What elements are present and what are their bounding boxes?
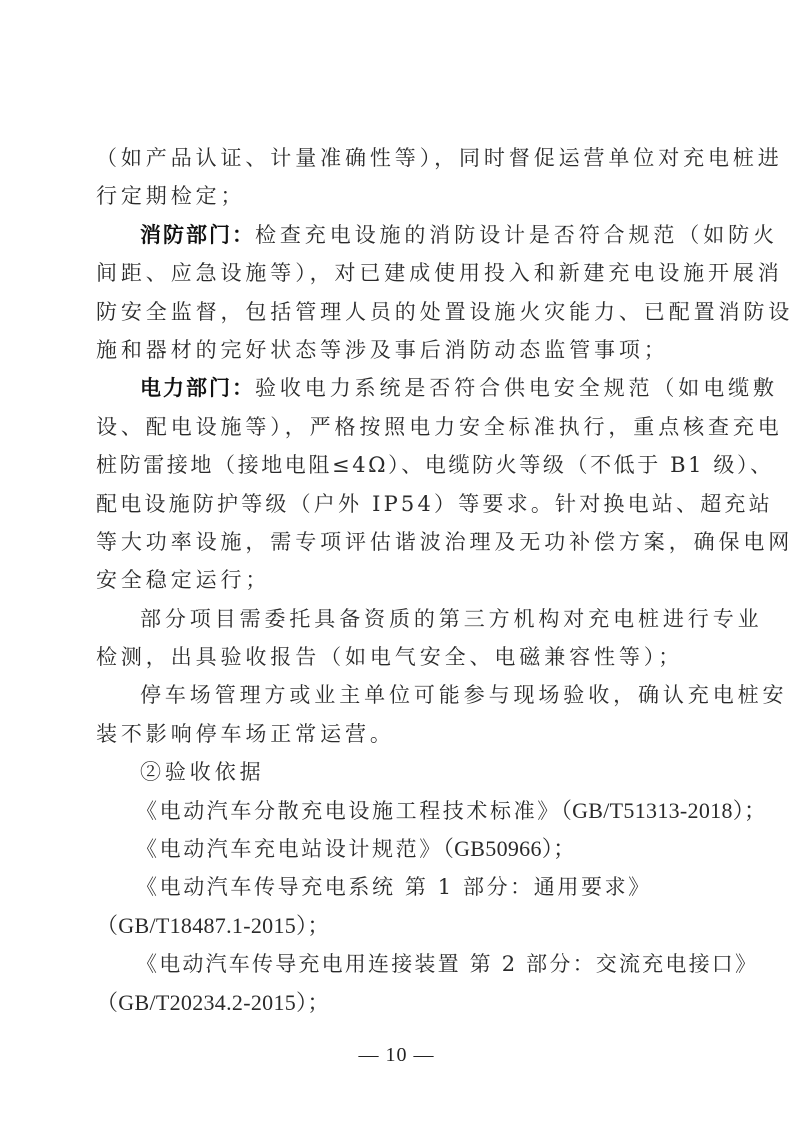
reference-code: （GB/T20234.2-2015）；: [96, 984, 700, 1022]
reference-item: 《电动汽车传导充电用连接装置 第 2 部分：交流充电接口》: [96, 945, 700, 983]
page-number: — 10 —: [0, 1044, 793, 1067]
paragraph-line: 间距、应急设施等），对已建成使用投入和新建充电设施开展消: [96, 254, 700, 292]
power-dept-paragraph: 电力部门：验收电力系统是否符合供电安全规范（如电缆敷: [96, 369, 700, 407]
fire-dept-label: 消防部门：: [140, 223, 255, 247]
paragraph-line: 设、配电设施等），严格按照电力安全标准执行，重点核查充电: [96, 408, 700, 446]
reference-item: 《电动汽车充电站设计规范》（GB50966）；: [96, 830, 700, 868]
reference-title: 《电动汽车充电站设计规范》: [136, 837, 443, 861]
fire-dept-paragraph: 消防部门：检查充电设施的消防设计是否符合规范（如防火: [96, 216, 700, 254]
paragraph-line: 配电设施防护等级（户外 IP54）等要求。针对换电站、超充站: [96, 485, 700, 523]
paragraph-line: 桩防雷接地（接地电阻≤4Ω）、电缆防火等级（不低于 B1 级）、: [96, 446, 700, 484]
paragraph-line: 部分项目需委托具备资质的第三方机构对充电桩进行专业: [96, 600, 700, 638]
reference-item: 《电动汽车传导充电系统 第 1 部分：通用要求》: [96, 868, 700, 906]
reference-title: 《电动汽车传导充电系统 第 1 部分：通用要求》: [136, 875, 652, 899]
reference-code: （GB/T18487.1-2015）；: [96, 907, 700, 945]
paragraph-line: 防安全监督，包括管理人员的处置设施火灾能力、已配置消防设: [96, 293, 700, 331]
paragraph-line: 行定期检定；: [96, 177, 700, 215]
document-body: （如产品认证、计量准确性等），同时督促运营单位对充电桩进 行定期检定； 消防部门…: [96, 139, 700, 1022]
reference-title: 《电动汽车分散充电设施工程技术标准》: [136, 799, 561, 823]
paragraph-line: 安全稳定运行；: [96, 561, 700, 599]
paragraph-line: （如产品认证、计量准确性等），同时督促运营单位对充电桩进: [96, 139, 700, 177]
power-dept-label: 电力部门：: [140, 376, 255, 400]
paragraph-line: 施和器材的完好状态等涉及事后消防动态监管事项；: [96, 331, 700, 369]
paragraph-line: 装不影响停车场正常运营。: [96, 715, 700, 753]
paragraph-text: 检查充电设施的消防设计是否符合规范（如防火: [255, 223, 778, 247]
paragraph-line: 检测，出具验收报告（如电气安全、电磁兼容性等）；: [96, 638, 700, 676]
paragraph-line: 停车场管理方或业主单位可能参与现场验收，确认充电桩安: [96, 676, 700, 714]
reference-title: 《电动汽车传导充电用连接装置 第 2 部分：交流充电接口》: [136, 952, 758, 976]
paragraph-line: 等大功率设施，需专项评估谐波治理及无功补偿方案，确保电网: [96, 523, 700, 561]
reference-item: 《电动汽车分散充电设施工程技术标准》（GB/T51313-2018）；: [96, 792, 700, 830]
reference-code: （GB50966）；: [443, 836, 576, 861]
reference-code: （GB/T51313-2018）；: [561, 798, 767, 823]
paragraph-text: 验收电力系统是否符合供电安全规范（如电缆敷: [255, 376, 778, 400]
section-heading: ②验收依据: [96, 753, 700, 791]
